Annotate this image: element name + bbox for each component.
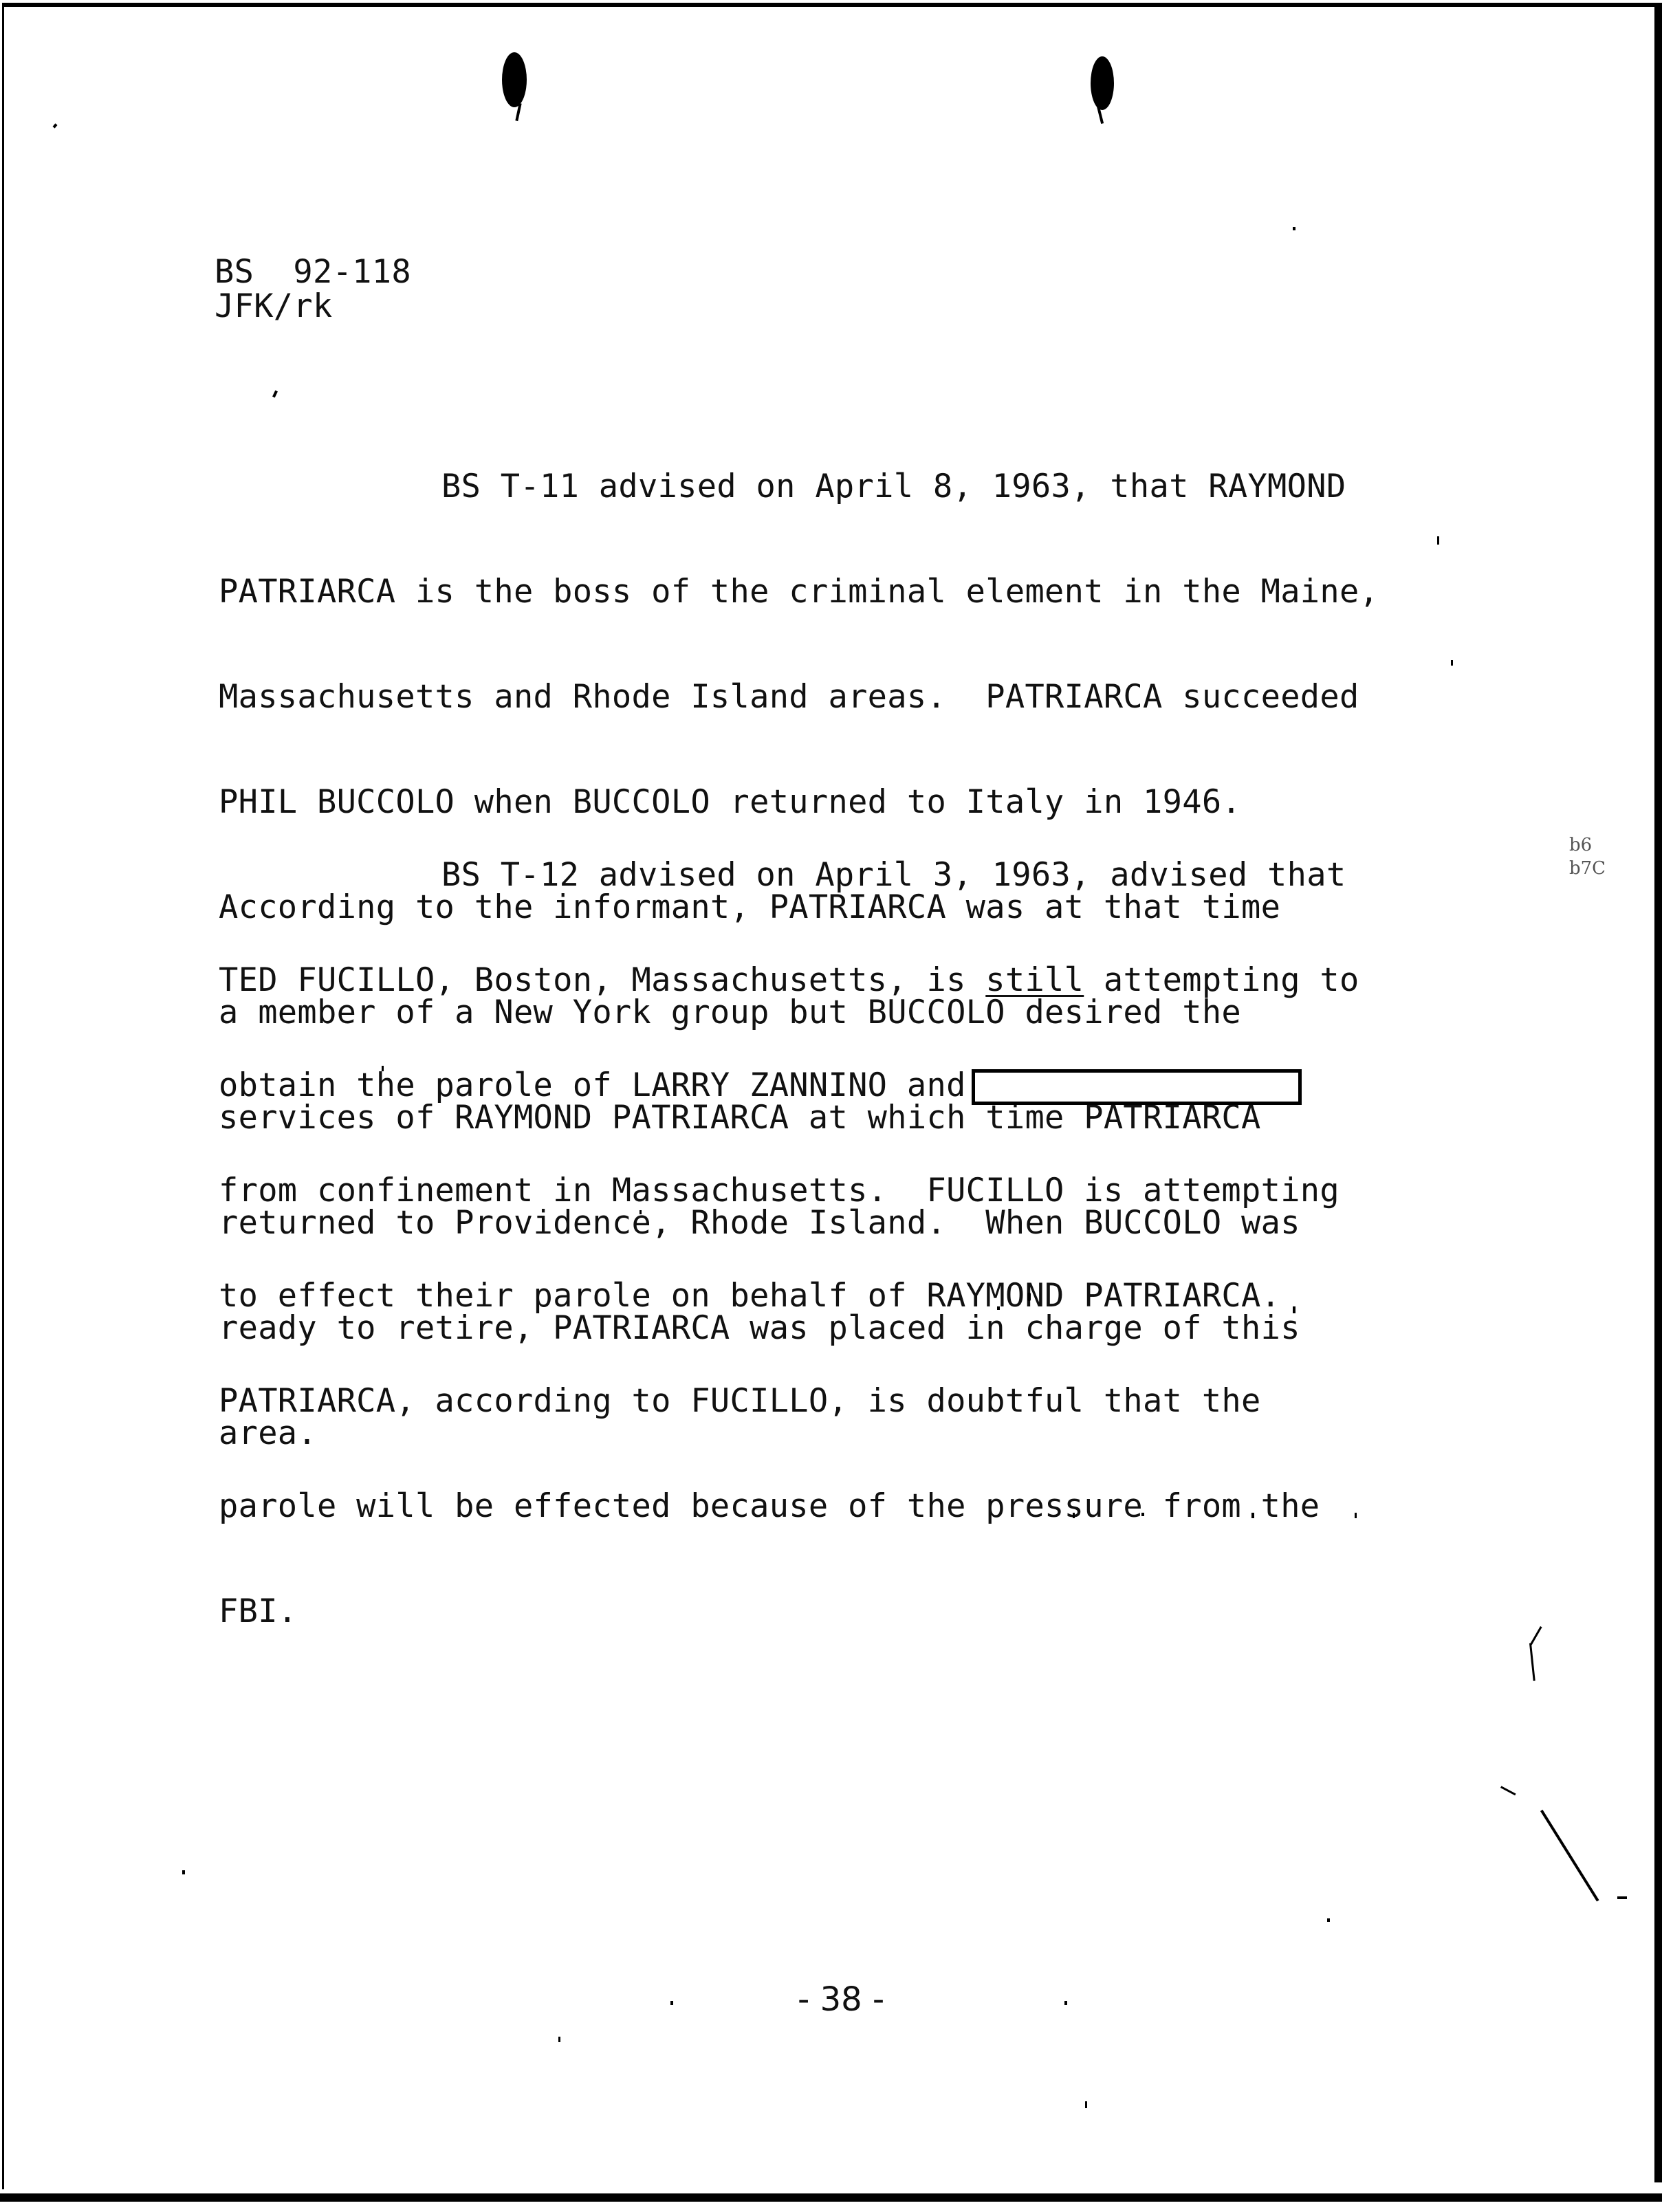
scan-speck <box>382 1066 384 1071</box>
scan-speck <box>1437 536 1439 545</box>
text-line: obtain the parole of LARRY ZANNINO and <box>219 1068 1359 1103</box>
paragraph-2: BS T-12 advised on April 3, 1963, advise… <box>219 787 1359 1699</box>
document-page: BS 92-118 JFK/rk BS T-11 advised on Apri… <box>0 0 1662 2212</box>
scan-speck <box>1327 1918 1330 1922</box>
text-line: to effect their parole on behalf of RAYM… <box>219 1278 1359 1313</box>
text-line: PATRIARCA, according to FUCILLO, is doub… <box>219 1383 1359 1419</box>
text-line: PATRIARCA is the boss of the criminal el… <box>219 574 1379 609</box>
page-number: - 38 - <box>798 1980 884 2019</box>
scan-speck <box>1064 2001 1067 2005</box>
scan-speck <box>997 1306 1000 1310</box>
scan-speck <box>182 1870 185 1874</box>
text-line: TED FUCILLO, Boston, Massachusetts, is s… <box>219 963 1359 998</box>
scan-speck <box>670 2001 673 2005</box>
text-line: from confinement in Massachusetts. FUCIL… <box>219 1173 1359 1208</box>
scan-speck <box>1073 1513 1075 1518</box>
scan-speck <box>1293 1306 1295 1313</box>
punch-hole-icon <box>502 52 527 107</box>
scan-speck <box>1293 227 1295 230</box>
redaction-exemption-codes: b6 b7C <box>1569 833 1606 880</box>
text-line: FBI. <box>219 1594 1359 1629</box>
text-segment: obtain the parole of LARRY ZANNINO and <box>219 1066 966 1104</box>
scan-speck <box>1027 1293 1031 1301</box>
text-line: parole will be effected because of the p… <box>219 1489 1359 1524</box>
punch-hole-icon <box>1091 56 1114 110</box>
margin-mark <box>1500 1786 1516 1795</box>
scan-edge-bottom <box>0 2193 1662 2202</box>
margin-mark <box>1530 1626 1542 1645</box>
margin-mark <box>1529 1643 1535 1681</box>
scan-edge-right <box>1654 3 1662 2182</box>
underlined-word: still <box>985 961 1084 999</box>
scan-speck <box>1141 1513 1144 1516</box>
text-line: Massachusetts and Rhode Island areas. PA… <box>219 679 1379 714</box>
exemption-code: b7C <box>1569 857 1606 880</box>
text-line: BS T-11 advised on April 8, 1963, that R… <box>219 469 1379 504</box>
scan-edge-left <box>2 3 4 2189</box>
scan-speck <box>1251 1513 1254 1518</box>
scan-edge-top <box>3 3 1660 7</box>
scan-speck <box>558 2037 560 2042</box>
exemption-code: b6 <box>1569 833 1606 857</box>
text-segment: attempting to <box>1084 961 1359 999</box>
scan-speck <box>1451 660 1453 666</box>
scan-margin-bottom <box>0 2202 1662 2212</box>
text-line: BS T-12 advised on April 3, 1963, advise… <box>219 857 1359 893</box>
scan-speck <box>53 123 58 128</box>
scan-speck <box>1355 1513 1357 1518</box>
typist-initials: JFK/rk <box>215 289 333 324</box>
text-segment: TED FUCILLO, Boston, Massachusetts, is <box>219 961 985 999</box>
scan-speck <box>1617 1896 1627 1899</box>
scan-speck <box>272 391 278 398</box>
scan-speck <box>639 1210 642 1214</box>
redaction-box <box>972 1069 1302 1105</box>
file-reference: BS 92-118 <box>215 254 411 289</box>
scan-speck <box>1085 2101 1087 2108</box>
margin-mark <box>1540 1810 1599 1902</box>
